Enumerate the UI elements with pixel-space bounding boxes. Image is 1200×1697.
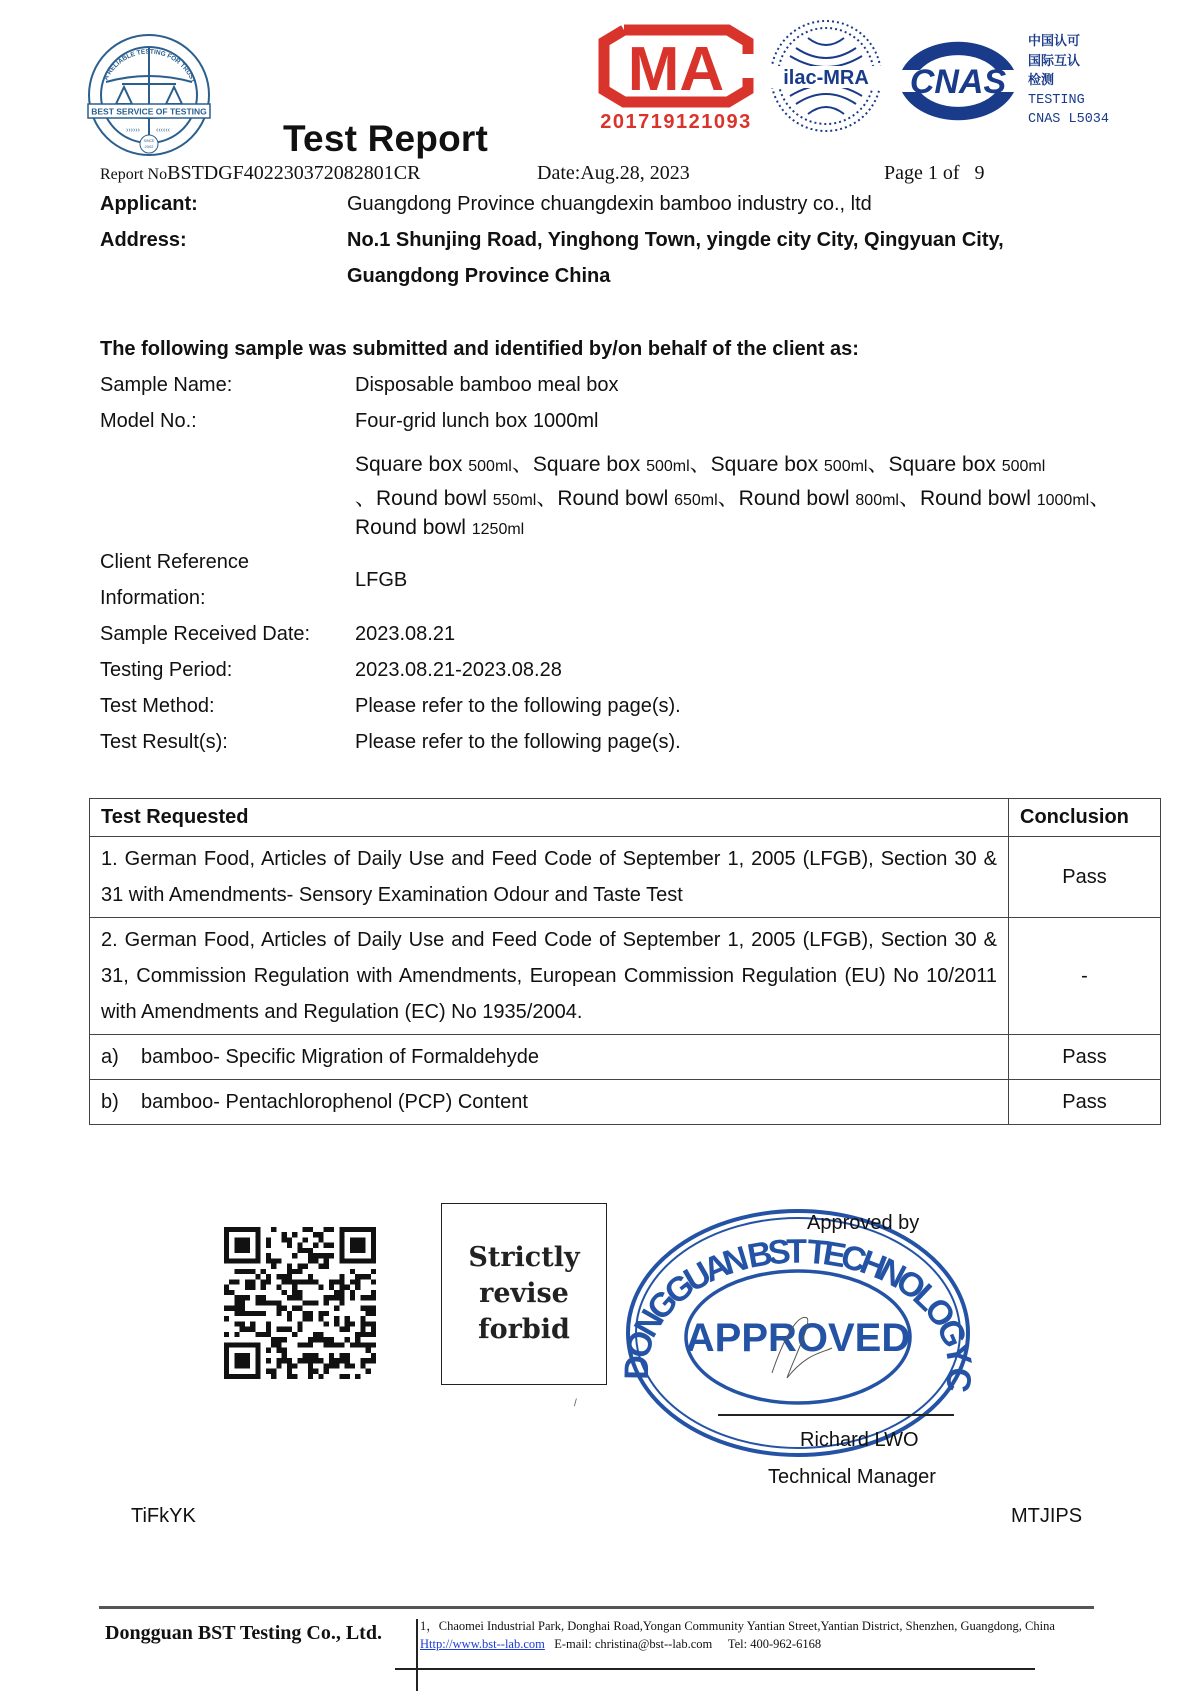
approved-stamp: DONGGUAN BST TECHNOLOGY CO.,LTD. APPROVE…: [622, 1203, 974, 1461]
table-row: a)bamboo- Specific Migration of Formalde…: [90, 1035, 1161, 1080]
model-list-line-2: 、Round bowl 550ml、Round bowl 650ml、Round…: [355, 482, 1110, 512]
bst-logo: BEST SERVICE OF TESTING A RELIABLE TESTI…: [86, 32, 212, 158]
sample-name-value: Disposable bamboo meal box: [355, 374, 619, 397]
footer-vertical-divider: [416, 1619, 418, 1691]
address-line-1: No.1 Shunjing Road, Yinghong Town, yingd…: [347, 229, 1004, 252]
svg-text:CNAS: CNAS: [910, 63, 1007, 101]
address-line-2: Guangdong Province China: [347, 265, 610, 288]
model-no-label: Model No.:: [100, 410, 197, 433]
footer-divider: [99, 1606, 1094, 1609]
footer-company-name: Dongguan BST Testing Co., Ltd.: [105, 1622, 382, 1645]
svg-text:››››››: ››››››: [126, 127, 141, 134]
model-list-line-3: Round bowl 1250ml: [355, 516, 524, 540]
cnas-accreditation-text: 中国认可 国际互认 检测 TESTING CNAS L5034: [1028, 32, 1109, 130]
signer-name: Richard LWO: [800, 1429, 919, 1452]
ilac-mra-logo: ilac-MRA: [768, 18, 884, 134]
footer-address: 1，Chaomei Industrial Park, Donghai Road,…: [420, 1617, 1055, 1635]
report-date: Date:Aug.28, 2023: [537, 162, 690, 185]
test-conclusion: Pass: [1009, 837, 1161, 918]
col-test-requested: Test Requested: [90, 799, 1009, 837]
svg-text:APPROVED: APPROVED: [686, 1316, 911, 1360]
report-number: Report NoBSTDGF402230372082801CR: [100, 162, 420, 185]
svg-text:MA: MA: [628, 35, 724, 104]
client-reference-label-2: Information:: [100, 587, 206, 610]
testing-period-value: 2023.08.21-2023.08.28: [355, 659, 562, 682]
client-reference-value: LFGB: [355, 569, 407, 592]
page-title: Test Report: [283, 118, 488, 160]
test-description: b)bamboo- Pentachlorophenol (PCP) Conten…: [90, 1080, 1009, 1125]
test-conclusion: Pass: [1009, 1080, 1161, 1125]
approved-by-label: Approved by: [807, 1212, 919, 1235]
test-results-label: Test Result(s):: [100, 731, 228, 754]
svg-text:‹‹‹‹‹‹: ‹‹‹‹‹‹: [156, 127, 171, 134]
received-date-label: Sample Received Date:: [100, 623, 310, 646]
table-row: b)bamboo- Pentachlorophenol (PCP) Conten…: [90, 1080, 1161, 1125]
cnas-logo: CNAS: [892, 30, 1024, 130]
test-description: 1. German Food, Articles of Daily Use an…: [90, 837, 1009, 918]
verification-code-left: TiFkYK: [131, 1505, 196, 1528]
test-conclusion: -: [1009, 918, 1161, 1035]
test-method-value: Please refer to the following page(s).: [355, 695, 681, 718]
col-conclusion: Conclusion: [1009, 799, 1161, 837]
svg-text:ilac-MRA: ilac-MRA: [783, 67, 869, 89]
signer-title: Technical Manager: [768, 1466, 936, 1489]
svg-text:2002: 2002: [145, 144, 155, 149]
footer-email: E-mail: christina@bst--lab.com: [554, 1637, 712, 1651]
table-header-row: Test Requested Conclusion: [90, 799, 1161, 837]
signature-line: [718, 1414, 954, 1416]
received-date-value: 2023.08.21: [355, 623, 455, 646]
applicant-value: Guangdong Province chuangdexin bamboo in…: [347, 193, 872, 216]
footer-underline: [395, 1668, 1035, 1670]
test-method-label: Test Method:: [100, 695, 215, 718]
svg-text:BEST SERVICE OF TESTING: BEST SERVICE OF TESTING: [91, 107, 207, 117]
table-row: 1. German Food, Articles of Daily Use an…: [90, 837, 1161, 918]
qr-code-icon[interactable]: [224, 1227, 376, 1379]
model-no-value: Four-grid lunch box 1000ml: [355, 410, 598, 433]
svg-text:201719121093: 201719121093: [600, 111, 751, 133]
revision-forbidden-notice: Strictly revise forbid: [441, 1203, 607, 1385]
footer-contact: 1，Chaomei Industrial Park, Donghai Road,…: [420, 1617, 1055, 1653]
client-reference-label-1: Client Reference: [100, 551, 249, 574]
testing-period-label: Testing Period:: [100, 659, 232, 682]
test-results-value: Please refer to the following page(s).: [355, 731, 681, 754]
page-indicator: Page 1 of 9: [884, 162, 985, 185]
footer-website-link[interactable]: Http://www.bst--lab.com: [420, 1637, 545, 1651]
tests-table: Test Requested Conclusion 1. German Food…: [89, 798, 1161, 1125]
test-conclusion: Pass: [1009, 1035, 1161, 1080]
cma-logo: MA 201719121093: [596, 22, 756, 134]
model-list-line-1: Square box 500ml、Square box 500ml、Square…: [355, 448, 1045, 478]
applicant-label: Applicant:: [100, 193, 198, 216]
footer-tel: Tel: 400-962-6168: [728, 1637, 821, 1651]
table-row: 2. German Food, Articles of Daily Use an…: [90, 918, 1161, 1035]
sample-name-label: Sample Name:: [100, 374, 232, 397]
test-description: 2. German Food, Articles of Daily Use an…: [90, 918, 1009, 1035]
verification-code-right: MTJIPS: [1011, 1505, 1082, 1528]
sample-intro: The following sample was submitted and i…: [100, 338, 859, 361]
test-description: a)bamboo- Specific Migration of Formalde…: [90, 1035, 1009, 1080]
svg-text:SINCE: SINCE: [144, 139, 155, 143]
address-label: Address:: [100, 229, 187, 252]
